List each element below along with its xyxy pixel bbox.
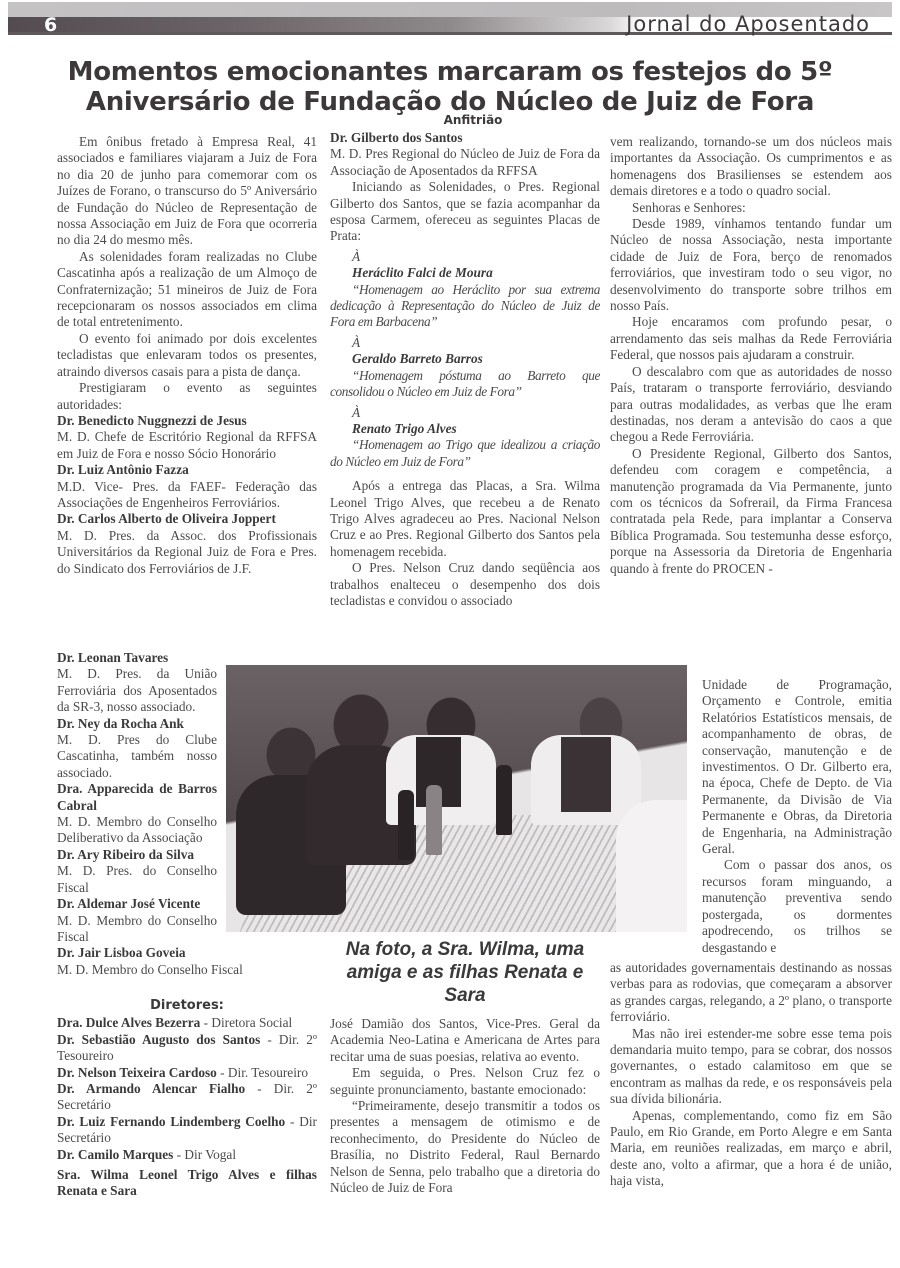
authority-role: M. D. Pres. da União Ferroviária dos Apo… — [57, 666, 217, 715]
headline-line-1: Momentos emocionantes marcaram os festej… — [0, 57, 900, 87]
authority-role: M. D. Membro do Conselho Deliberativo da… — [57, 814, 217, 847]
director-entry: Dr. Sebastião Augusto dos Santos - Dir. … — [57, 1032, 317, 1065]
authority-name: Dr. Leonan Tavares — [57, 650, 217, 666]
paragraph: O Presidente Regional, Gilberto dos Sant… — [610, 446, 892, 577]
paragraph: Apenas, complementando, como fiz em São … — [610, 1108, 892, 1190]
paragraph: Unidade de Programação, Orçamento e Cont… — [702, 677, 892, 857]
authority-name: Dr. Ary Ribeiro da Silva — [57, 847, 217, 863]
director-name: Dr. Armando Alencar Fialho — [57, 1081, 245, 1096]
page-number: 6 — [44, 14, 57, 36]
authority-name: Dr. Ney da Rocha Ank — [57, 716, 217, 732]
authority-role: M. D. Pres. do Conselho Fiscal — [57, 863, 217, 896]
plaque-text: “Homenagem ao Heráclito por sua extrema … — [330, 282, 600, 331]
director-entry: Dra. Dulce Alves Bezerra - Diretora Soci… — [57, 1015, 317, 1031]
photo-person — [616, 800, 687, 932]
director-entry: Dr. Nelson Teixeira Cardoso - Dir. Tesou… — [57, 1065, 317, 1081]
paragraph: Iniciando as Solenidades, o Pres. Region… — [330, 179, 600, 245]
column-3-wrap: Unidade de Programação, Orçamento e Cont… — [702, 677, 892, 956]
authority-name: Dr. Carlos Alberto de Oliveira Joppert — [57, 511, 317, 527]
authority-name: Dr. Aldemar José Vicente — [57, 896, 217, 912]
paragraph: Em ônibus fretado à Empresa Real, 41 ass… — [57, 134, 317, 249]
paragraph: O descalabro com que as autoridades de n… — [610, 364, 892, 446]
paragraph: Após a entrega das Placas, a Sra. Wilma … — [330, 478, 600, 560]
journal-title: Jornal do Aposentado — [626, 12, 870, 36]
paragraph: vem realizando, tornando-se um dos núcle… — [610, 134, 892, 200]
column-3: vem realizando, tornando-se um dos núcle… — [610, 134, 892, 577]
plaque-name: Renato Trigo Alves — [330, 421, 600, 437]
paragraph: “Primeiramente, desejo transmitir a todo… — [330, 1098, 600, 1196]
authority-role: M. D. Pres do Clube Cascatinha, também n… — [57, 732, 217, 781]
directors-heading: Diretores: — [57, 998, 317, 1014]
photo-bottle — [426, 785, 442, 855]
authority-role: M. D. Membro do Conselho Fiscal — [57, 962, 317, 978]
paragraph: Em seguida, o Pres. Nelson Cruz fez o se… — [330, 1065, 600, 1098]
authority-name: Dra. Apparecida de Barros Cabral — [57, 781, 217, 814]
paragraph: Com o passar dos anos, os recursos foram… — [702, 857, 892, 955]
column-2: Dr. Gilberto dos Santos M. D. Pres Regio… — [330, 130, 600, 609]
director-name: Dra. Dulce Alves Bezerra — [57, 1015, 200, 1030]
plaque-prefix: À — [330, 249, 600, 265]
director-role: - Dir. Tesoureiro — [217, 1065, 308, 1080]
director-entry: Dr. Luiz Fernando Lindemberg Coelho - Di… — [57, 1114, 317, 1147]
authority-name: Dr. Benedicto Nuggnezzi de Jesus — [57, 413, 317, 429]
photo-bottle — [496, 765, 512, 835]
director-name: Dr. Nelson Teixeira Cardoso — [57, 1065, 217, 1080]
event-photo — [226, 665, 687, 932]
photo-caption: Na foto, a Sra. Wilma, uma amiga e as fi… — [330, 938, 600, 1007]
director-name: Dr. Sebastião Augusto dos Santos — [57, 1032, 260, 1047]
authority-name: Dr. Jair Lisboa Goveia — [57, 945, 217, 961]
paragraph: Desde 1989, vínhamos tentando fundar um … — [610, 216, 892, 314]
plaque-text: “Homenagem póstuma ao Barreto que consol… — [330, 368, 600, 401]
plaque-name: Heráclito Falci de Moura — [330, 265, 600, 281]
photo-bottle — [398, 790, 414, 860]
authority-role: M. D. Pres. da Assoc. dos Profissionais … — [57, 528, 317, 577]
host-role: M. D. Pres Regional do Núcleo de Juiz de… — [330, 146, 600, 179]
paragraph: José Damião dos Santos, Vice-Pres. Geral… — [330, 1016, 600, 1065]
host-label: Anfitrião — [333, 113, 613, 127]
authority-role: M. D. Membro do Conselho Fiscal — [57, 913, 217, 946]
director-entry: Dr. Armando Alencar Fialho - Dir. 2º Sec… — [57, 1081, 317, 1114]
column-1: Em ônibus fretado à Empresa Real, 41 ass… — [57, 134, 317, 577]
authority-name: Dr. Luiz Antônio Fazza — [57, 462, 317, 478]
column-1-narrow: Dr. Leonan Tavares M. D. Pres. da União … — [57, 650, 217, 978]
paragraph: As solenidades foram realizadas no Clube… — [57, 249, 317, 331]
paragraph: O evento foi animado por dois excelentes… — [57, 331, 317, 380]
paragraph: Prestigiaram o evento as seguintes autor… — [57, 380, 317, 413]
plaque-prefix: À — [330, 335, 600, 351]
column-2-bottom: José Damião dos Santos, Vice-Pres. Geral… — [330, 1016, 600, 1196]
host-name: Dr. Gilberto dos Santos — [330, 130, 600, 146]
paragraph: Senhoras e Senhores: — [610, 200, 892, 216]
authority-role: M.D. Vice- Pres. da FAEF- Federação das … — [57, 479, 317, 512]
paragraph: Mas não irei estender-me sobre esse tema… — [610, 1026, 892, 1108]
paragraph: Hoje encaramos com profundo pesar, o arr… — [610, 314, 892, 363]
plaque-text: “Homenagem ao Trigo que idealizou a cria… — [330, 437, 600, 470]
article-headline: Momentos emocionantes marcaram os festej… — [0, 57, 900, 117]
director-role: - Diretora Social — [200, 1015, 292, 1030]
plaque-name: Geraldo Barreto Barros — [330, 351, 600, 367]
paragraph: O Pres. Nelson Cruz dando seqüência aos … — [330, 560, 600, 609]
paragraph: as autoridades governamentais destinando… — [610, 960, 892, 1026]
director-name: Dr. Luiz Fernando Lindemberg Coelho — [57, 1114, 285, 1129]
column-3-bottom: as autoridades governamentais destinando… — [610, 960, 892, 1190]
closing-line: Sra. Wilma Leonel Trigo Alves e filhas R… — [57, 1167, 317, 1200]
plaque-prefix: À — [330, 405, 600, 421]
director-name: Dr. Camilo Marques — [57, 1147, 173, 1162]
directors-section: Diretores: Dra. Dulce Alves Bezerra - Di… — [57, 998, 317, 1200]
director-role: - Dir Vogal — [173, 1147, 236, 1162]
authority-role: M. D. Chefe de Escritório Regional da RF… — [57, 429, 317, 462]
director-entry: Dr. Camilo Marques - Dir Vogal — [57, 1147, 317, 1163]
